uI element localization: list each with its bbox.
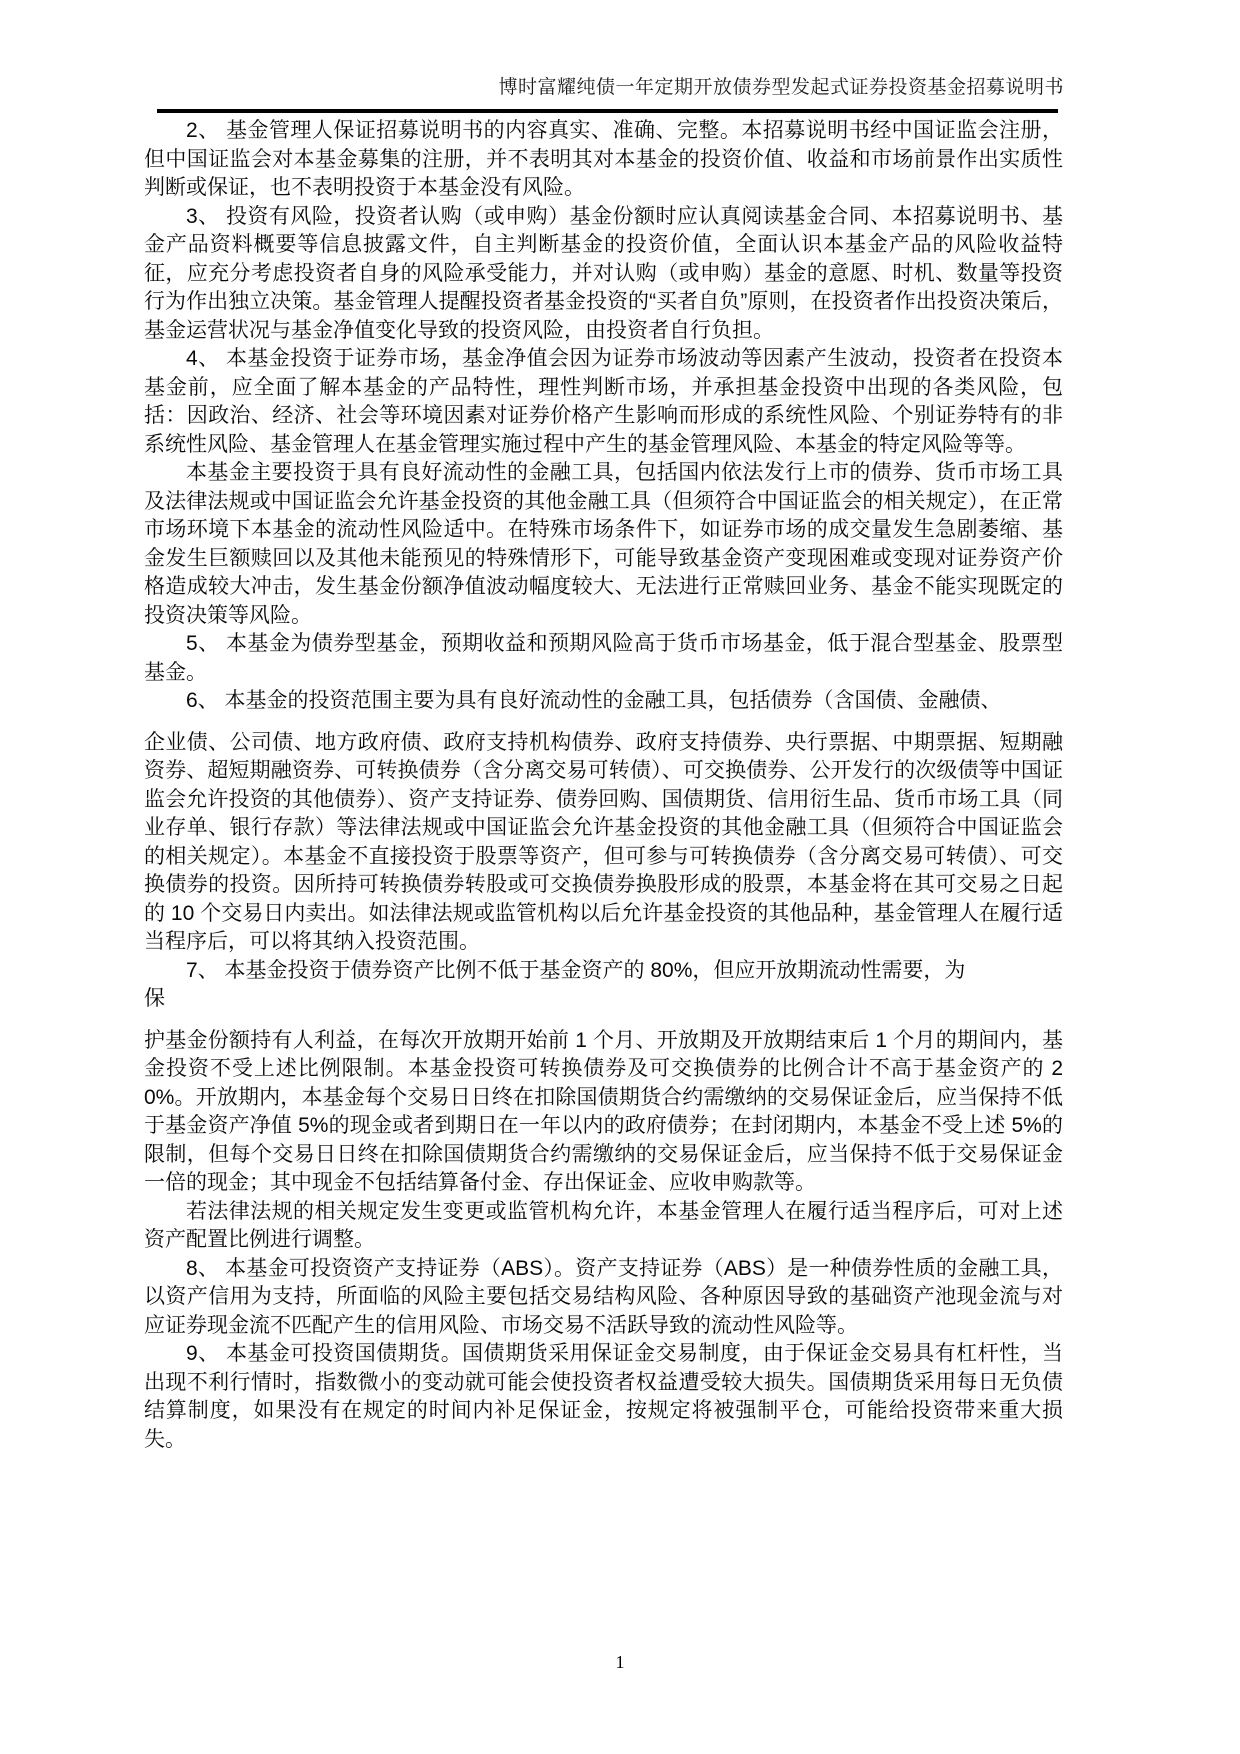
running-header-title: 博时富耀纯债一年定期开放债券型发起式证券投资基金招募说明书 [144, 72, 1064, 99]
paragraph: 9、 本基金可投资国债期货。国债期货采用保证金交易制度，由于保证金交易具有杠杆性… [144, 1340, 1063, 1454]
paragraph: 3、 投资有风险，投资者认购（或申购）基金份额时应认真阅读基金合同、本招募说明书… [144, 203, 1063, 346]
paragraph: 7、 本基金投资于债券资产比例不低于基金资产的 80%，但应开放期流动性需要，为 [144, 957, 1063, 986]
paragraph: 若法律法规的相关规定发生变更或监管机构允许，本基金管理人在履行适当程序后，可对上… [144, 1198, 1063, 1255]
paragraph: 6、 本基金的投资范围主要为具有良好流动性的金融工具，包括债券（含国债、金融债、 [144, 687, 1063, 716]
paragraph: 8、 本基金可投资资产支持证券（ABS）。资产支持证券（ABS）是一种债券性质的… [144, 1255, 1063, 1341]
paragraph: 本基金主要投资于具有良好流动性的金融工具，包括国内依法发行上市的债券、货币市场工… [144, 459, 1063, 630]
paragraph: 护基金份额持有人利益，在每次开放期开始前 1 个月、开放期及开放期结束后 1 个… [144, 1027, 1063, 1198]
page-number: 1 [0, 1652, 1240, 1673]
header-rule [157, 109, 1058, 113]
document-body: 2、 基金管理人保证招募说明书的内容真实、准确、完整。本招募说明书经中国证监会注… [144, 117, 1063, 1454]
paragraph: 2、 基金管理人保证招募说明书的内容真实、准确、完整。本招募说明书经中国证监会注… [144, 117, 1063, 203]
document-page: 博时富耀纯债一年定期开放债券型发起式证券投资基金招募说明书 2、 基金管理人保证… [0, 0, 1240, 1754]
paragraph: 保 [144, 985, 1063, 1014]
paragraph: 企业债、公司债、地方政府债、政府支持机构债券、政府支持债券、央行票据、中期票据、… [144, 729, 1063, 957]
paragraph: 5、 本基金为债券型基金，预期收益和预期风险高于货币市场基金，低于混合型基金、股… [144, 630, 1063, 687]
paragraph: 4、 本基金投资于证券市场，基金净值会因为证券市场波动等因素产生波动，投资者在投… [144, 345, 1063, 459]
